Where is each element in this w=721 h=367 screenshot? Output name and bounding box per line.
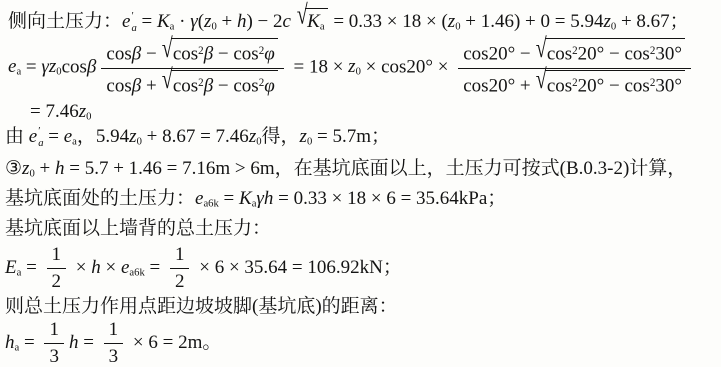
text-run: ×	[71, 257, 91, 278]
text-run: = 18 ×	[289, 56, 348, 77]
text-run: ·	[174, 11, 190, 32]
variable-with-subscript: ea	[8, 56, 21, 77]
variable-with-subscript: z0	[79, 101, 92, 122]
math-variable: β	[87, 56, 96, 77]
text-run: = 0.33 × 18 × 6 = 35.64kPa；	[273, 188, 506, 209]
text-run: × 6 × 35.64 = 106.92kN；	[194, 257, 401, 278]
fraction-denominator: cosβ + √cos2β − cos2φ	[101, 68, 283, 100]
text-run: 2	[52, 271, 62, 292]
radical-sign-icon: √	[162, 32, 173, 67]
variable-with-subscript: Ka	[239, 188, 256, 209]
statement-step3-depth-check: ③z0 + h = 5.7 + 1.46 = 7.16m > 6m，在基坑底面以…	[5, 156, 686, 188]
text-run: cos	[173, 44, 198, 65]
math-variable: β	[132, 44, 141, 65]
text-run: cos	[106, 44, 131, 65]
statement-z0-solution: 由 e′a = ea，5.94z0 + 8.67 = 7.46z0得，z0 = …	[5, 124, 390, 156]
variable-with-subscript: z0	[348, 56, 361, 77]
text-run: − cos	[213, 75, 259, 96]
formula-total-earth-pressure: Ea = 12 × h × ea6k = 12 × 6 × 35.64 = 10…	[5, 242, 402, 295]
text-run: 20° − cos	[578, 75, 650, 96]
square-root: √cos2β − cos2φ	[162, 70, 277, 99]
text-run: =	[219, 188, 239, 209]
document-page: 侧向土压力：e′a = Ka · γ(z0 + h) − 2c √Ka = 0.…	[0, 0, 721, 367]
fraction-denominator: cos20° + √cos220° − cos230°	[458, 68, 691, 100]
radical-sign-icon: √	[536, 63, 547, 98]
math-variable: γ	[41, 56, 49, 77]
variable-with-subscript: z0	[204, 11, 217, 32]
text-run: cos	[62, 56, 87, 77]
radicand: Ka	[305, 8, 327, 41]
text-run: cos20° −	[463, 44, 535, 65]
text-run: ) − 2	[246, 11, 282, 32]
text-run: 1	[175, 244, 185, 265]
variable-base: e	[64, 126, 72, 147]
math-variable: β	[204, 44, 213, 65]
radicand: cos220° − cos230°	[545, 38, 685, 67]
subscript: 0	[86, 112, 91, 123]
prime-mark: ′	[38, 126, 40, 137]
variable-base: E	[5, 257, 17, 278]
variable-with-subscript: z0	[49, 56, 62, 77]
fraction-denominator: 3	[44, 343, 64, 367]
variable-base: z	[604, 11, 611, 32]
text-run	[291, 11, 296, 32]
formula-pressure-at-pit-bottom: 基坑底面处的土压力：ea6k = Kaγh = 0.33 × 18 × 6 = …	[5, 186, 506, 218]
text-run: 得，	[262, 126, 300, 147]
text-run: 侧向土压力：	[8, 11, 122, 32]
radical-sign-icon: √	[296, 0, 307, 35]
text-run: 20° − cos	[578, 44, 650, 65]
text-run: 1	[52, 244, 62, 265]
text-run: = 7.46	[30, 101, 79, 122]
text-run: + 8.67 = 7.46	[142, 126, 249, 147]
fraction-numerator: 1	[47, 242, 67, 268]
text-run: = 5.7m；	[312, 126, 390, 147]
text-run: × 6 = 2m。	[128, 332, 221, 353]
formula-ha-distance: ha = 13h = 13 × 6 = 2m。	[5, 317, 221, 367]
math-variable: β	[132, 75, 141, 96]
text-run: +	[141, 75, 161, 96]
text-run: 30°	[655, 75, 682, 96]
fraction-numerator: cosβ − √cos2β − cos2φ	[101, 37, 283, 68]
variable-with-subscript: z0	[300, 126, 313, 147]
text-run: + 8.67；	[616, 11, 688, 32]
text-run: ×	[101, 257, 121, 278]
text-run: cos	[547, 44, 572, 65]
variable-with-prime-and-subscript: e′a	[122, 11, 137, 32]
text-run: ，5.94	[77, 126, 129, 147]
variable-base: z	[79, 101, 86, 122]
variable-base: z	[348, 56, 355, 77]
text-run: 30°	[655, 44, 682, 65]
variable-with-subscript: Ka	[157, 11, 174, 32]
radicand: cos2β − cos2φ	[171, 70, 278, 99]
text-run: =	[19, 332, 39, 353]
variable-with-subscript: ea6k	[121, 257, 145, 278]
fraction-numerator: 1	[44, 317, 64, 343]
text-run: =	[137, 11, 157, 32]
variable-with-subscript: ea6k	[195, 188, 219, 209]
fraction-denominator: 2	[170, 268, 190, 295]
variable-with-prime-and-subscript: e′a	[29, 126, 44, 147]
prime-mark: ′	[131, 11, 133, 22]
text-run: +	[217, 11, 237, 32]
variable-base: K	[157, 11, 170, 32]
label-total-earth-pressure: 基坑底面以上墙背的总土压力：	[5, 216, 271, 242]
radical-sign-icon: √	[162, 63, 173, 98]
text-run: 基坑底面处的土压力：	[5, 188, 195, 209]
text-run: cos	[547, 75, 572, 96]
math-variable: c	[283, 11, 291, 32]
subscript: a	[320, 22, 325, 33]
subscript: a6k	[129, 268, 144, 279]
text-run: =	[78, 332, 98, 353]
text-run: 则总土压力作用点距边坡坡脚(基坑底)的距离：	[5, 296, 398, 317]
text-run: =	[145, 257, 165, 278]
square-root: √cos220° − cos230°	[536, 38, 685, 67]
text-run: = 5.7 + 1.46 = 7.16m > 6m，在基坑底面以上，土压力可按式…	[64, 158, 686, 179]
text-run: −	[141, 44, 161, 65]
variable-with-subscript: z0	[448, 11, 461, 32]
fraction-denominator: 3	[104, 343, 124, 367]
text-run: 由	[5, 126, 29, 147]
text-run: 1	[49, 319, 59, 340]
variable-base: e	[29, 126, 37, 147]
math-variable: γh	[256, 188, 273, 209]
text-run: 3	[109, 346, 119, 367]
variable-with-subscript: Ka	[307, 11, 324, 32]
radicand: cos2β − cos2φ	[171, 38, 278, 67]
subscript: a6k	[203, 199, 218, 210]
variable-base: K	[239, 188, 252, 209]
variable-with-subscript: z0	[604, 11, 617, 32]
text-run: 1	[109, 319, 119, 340]
text-run: 2	[175, 271, 185, 292]
text-run: − cos	[213, 44, 259, 65]
fraction: 13	[44, 317, 64, 367]
variable-with-subscript: ha	[5, 332, 19, 353]
fraction: cosβ − √cos2β − cos2φcosβ + √cos2β − cos…	[101, 37, 283, 99]
fraction-numerator: cos20° − √cos220° − cos230°	[458, 37, 691, 68]
variable-with-subscript: z0	[249, 126, 262, 147]
radicand: cos220° − cos230°	[545, 70, 685, 99]
square-root: √cos220° − cos230°	[536, 70, 685, 99]
text-run: cos	[173, 75, 198, 96]
text-run: cos	[106, 75, 131, 96]
variable-with-subscript: Ea	[5, 257, 21, 278]
fraction: 13	[104, 317, 124, 367]
radical-sign-icon: √	[536, 32, 547, 67]
text-run: cos20° +	[463, 75, 535, 96]
text-run: + 1.46) + 0 = 5.94	[461, 11, 604, 32]
square-root: √cos2β − cos2φ	[162, 38, 277, 67]
variable-with-subscript: z0	[129, 126, 142, 147]
fraction: 12	[170, 242, 190, 295]
fraction: 12	[47, 242, 67, 295]
formula-ea-slope-rankine: ea = γz0cosβcosβ − √cos2β − cos2φcosβ + …	[8, 37, 696, 99]
text-run: = 0.33 × 18 × (	[329, 11, 448, 32]
variable-with-subscript: ea	[64, 126, 77, 147]
fraction-numerator: 1	[170, 242, 190, 268]
formula-lateral-earth-pressure: 侧向土压力：e′a = Ka · γ(z0 + h) − 2c √Ka = 0.…	[8, 8, 689, 41]
text-run: 基坑底面以上墙背的总土压力：	[5, 218, 271, 239]
text-run: ③	[5, 158, 22, 179]
text-run: =	[21, 257, 41, 278]
math-variable: γ	[190, 11, 198, 32]
text-run: =	[21, 56, 41, 77]
text-run: × cos20° ×	[361, 56, 453, 77]
fraction-denominator: 2	[47, 268, 67, 295]
variable-base: K	[307, 11, 320, 32]
variable-with-subscript: z0	[22, 158, 35, 179]
text-run: +	[35, 158, 55, 179]
text-run: =	[44, 126, 64, 147]
square-root: √Ka	[297, 8, 328, 41]
math-variable: φ	[264, 75, 275, 96]
fraction-numerator: 1	[104, 317, 124, 343]
variable-base: h	[5, 332, 15, 353]
variable-base: z	[300, 126, 307, 147]
variable-base: z	[129, 126, 136, 147]
math-variable: β	[204, 75, 213, 96]
math-variable: h	[69, 332, 79, 353]
math-variable: φ	[264, 44, 275, 65]
variable-base: e	[122, 11, 130, 32]
math-variable: h	[91, 257, 101, 278]
text-run: 3	[49, 346, 59, 367]
fraction: cos20° − √cos220° − cos230°cos20° + √cos…	[458, 37, 691, 99]
